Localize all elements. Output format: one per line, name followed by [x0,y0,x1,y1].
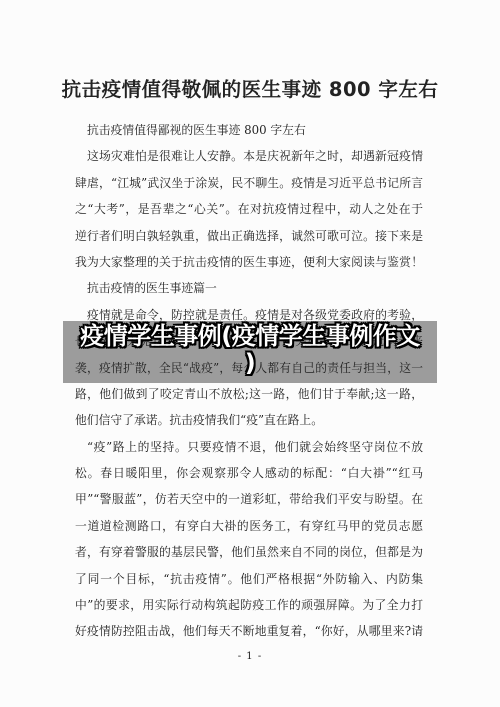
body-text-line: 好疫情防控阻击战，他们每天不断地重复着，“你好，从哪里来?请 [75,618,423,644]
body-text-line: 松。春日暖阳里，你会观察那令人感动的标配：“白大褂”“红马 [75,460,423,486]
watermark-title-line1: 疫情学生事例(疫情学生事例作文 [61,322,439,350]
body-text-line: 一道道检测路口，有穿白大褂的医务工，有穿红马甲的党员志愿 [75,513,423,539]
body-text-line: 我为大家整理的关于抗击疫情的医生事迹，便利大家阅读与鉴赏！ [75,249,423,275]
body-text-line: 之“大考”，是吾辈之“心关”。在对抗疫情过程中，动人之处在于 [75,196,423,222]
watermark-title: 疫情学生事例(疫情学生事例作文 ) [61,322,439,376]
document-title: 抗击疫情值得敬佩的医生事迹 800 字左右 [0,74,500,102]
page-number: - 1 - [0,651,500,662]
body-text-line: 逆行者们明白孰轻孰重，做出正确选择，诚然可歌可泣。接下来是 [75,223,423,249]
body-text-line: 了同一个目标，“抗击疫情”。他们严格根据“外防输入、内防集 [75,566,423,592]
body-text-line: 者，有穿着警服的基层民警，他们虽然来自不同的岗位，但都是为 [75,539,423,565]
body-text-line: 甲”“警服蓝”，仿若天空中的一道彩虹，带给我们平安与盼望。在 [75,486,423,512]
watermark-title-line2: ) [61,350,439,376]
body-text-line: 抗击疫情值得鄙视的医生事迹 800 字左右 [75,117,423,143]
document-page: 抗击疫情值得敬佩的医生事迹 800 字左右 抗击疫情值得鄙视的医生事迹 800 … [0,0,500,707]
body-text-line: 这场灾难怕是很难让人安静。本是庆祝新年之时，却遇新冠疫情 [75,143,423,169]
body-text-line: “疫”路上的坚持。只要疫情不退，他们就会始终坚守岗位不放 [75,434,423,460]
body-text-line: 路，他们做到了咬定青山不放松;这一路，他们甘于奉献;这一路， [75,381,423,407]
body-text-line: 他们信守了承诺。抗击疫情我们“疫”直在路上。 [75,407,423,433]
body-text-line: 肆虐，“江城”武汉坐于涂炭，民不聊生。疫情是习近平总书记所言 [75,170,423,196]
body-text-line: 中”的要求，用实际行动构筑起防疫工作的顽强屏障。为了全力打 [75,592,423,618]
body-text-line: 抗击疫情的医生事迹篇一 [75,275,423,301]
document-body: 抗击疫情值得鄙视的医生事迹 800 字左右这场灾难怕是很难让人安静。本是庆祝新年… [75,117,423,645]
